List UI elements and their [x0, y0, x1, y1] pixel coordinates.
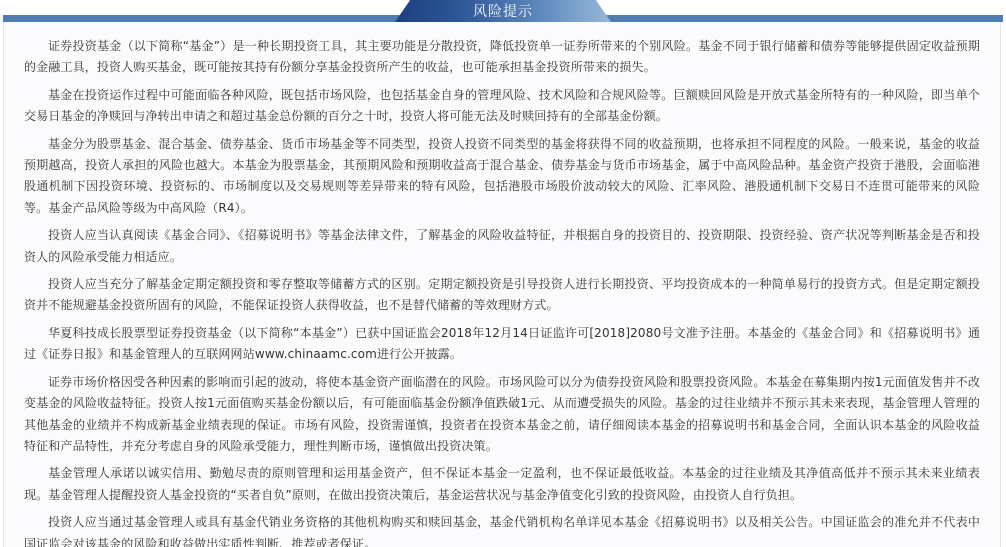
paragraph-read-legal-documents: 投资人应当认真阅读《基金合同》、《招募说明书》等基金法律文件，了解基金的风险收益… — [24, 225, 980, 268]
paragraph-manager-commitment: 基金管理人承诺以诚实信用、勤勉尽责的原则管理和运用基金资产，但不保证本基金一定盈… — [24, 463, 980, 506]
risk-notice-panel: 证券投资基金（以下简称“基金”）是一种长期投资工具，其主要功能是分散投资，降低投… — [3, 22, 1001, 547]
header-title: 风险提示 — [473, 0, 533, 23]
paragraph-fund-definition: 证券投资基金（以下简称“基金”）是一种长期投资工具，其主要功能是分散投资，降低投… — [24, 36, 980, 79]
paragraph-operational-risk: 基金在投资运作过程中可能面临各种风险，既包括市场风险，也包括基金自身的管理风险、… — [24, 85, 980, 128]
paragraph-market-risk: 证券市场价格因受各种因素的影响而引起的波动，将使本基金资产面临潜在的风险。市场风… — [24, 372, 980, 458]
paragraph-fund-types-risk-level: 基金分为股票基金、混合基金、债券基金、货币市场基金等不同类型，投资人投资不同类型… — [24, 134, 980, 220]
paragraph-regular-investment: 投资人应当充分了解基金定期定额投资和零存整取等储蓄方式的区别。定期定额投资是引导… — [24, 274, 980, 317]
paragraph-registration-disclosure: 华夏科技成长股票型证券投资基金（以下简称“本基金”）已获中国证监会2018年12… — [24, 323, 980, 366]
risk-notice-header: 风险提示 — [0, 0, 1006, 23]
header-title-tab: 风险提示 — [395, 0, 611, 22]
paragraph-purchase-channels: 投资人应当通过基金管理人或具有基金代销业务资格的其他机构购买和赎回基金，基金代销… — [24, 512, 980, 547]
